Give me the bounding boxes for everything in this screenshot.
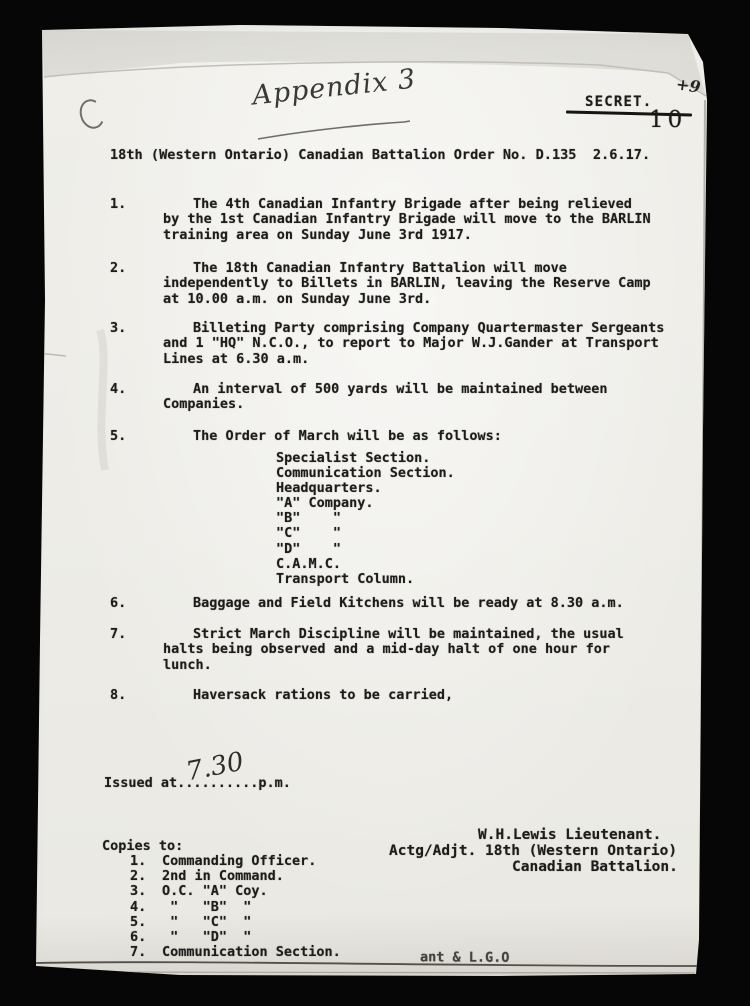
paragraph-text: An interval of 500 yards will be maintai… <box>163 382 671 413</box>
copies-item-number: 6. <box>130 930 162 945</box>
order-paragraph: 1. The 4th Canadian Infantry Brigade aft… <box>110 197 671 243</box>
copies-item-number: 5. <box>130 915 162 930</box>
march-item: "B" " <box>276 511 455 526</box>
copies-item: 3. O.C. "A" Coy. <box>130 884 341 899</box>
copies-item-number: 3. <box>130 884 162 899</box>
copies-item-number: 7. <box>130 945 162 960</box>
copies-item-text: " "B" " <box>162 900 251 915</box>
copies-item-text: " "D" " <box>162 930 251 945</box>
march-item: Communication Section. <box>276 466 455 481</box>
copies-item-text: 2nd in Command. <box>162 869 284 884</box>
copies-item: 2. 2nd in Command. <box>130 869 341 884</box>
paragraph-text: The 4th Canadian Infantry Brigade after … <box>163 197 671 243</box>
document-page: Appendix 3 +9 SECRET. 10 18th (Western O… <box>0 0 750 1006</box>
copies-item: 5. " "C" " <box>130 915 341 930</box>
march-item: Headquarters. <box>276 481 455 496</box>
signature-rank-unit: Actg/Adjt. 18th (Western Ontario) <box>389 844 677 859</box>
copies-item-number: 1. <box>130 854 162 869</box>
paragraph-number: 5. <box>110 429 163 444</box>
order-title: 18th (Western Ontario) Canadian Battalio… <box>110 148 650 163</box>
order-paragraph: 3. Billeting Party comprising Company Qu… <box>110 321 671 367</box>
copies-item: 6. " "D" " <box>130 930 341 945</box>
paragraph-number: 7. <box>110 627 163 673</box>
handwritten-appendix-note: Appendix 3 <box>251 63 418 111</box>
copies-item-text: O.C. "A" Coy. <box>162 884 268 899</box>
paragraph-number: 1. <box>110 197 163 243</box>
paragraph-number: 6. <box>110 596 163 611</box>
march-item: "A" Company. <box>276 496 455 511</box>
paragraph-number: 4. <box>110 382 163 413</box>
order-of-march-list: Specialist Section. Communication Sectio… <box>276 451 455 587</box>
copies-item-text: " "C" " <box>162 915 251 930</box>
order-paragraph: 2. The 18th Canadian Infantry Battalion … <box>110 261 671 307</box>
handwritten-corner-number: +9 <box>675 74 702 96</box>
copies-item-text: Commanding Officer. <box>162 854 316 869</box>
march-item: Transport Column. <box>276 572 455 587</box>
classification-label: SECRET. <box>585 95 652 110</box>
copies-item: 1. Commanding Officer. <box>130 854 341 869</box>
order-paragraph: 6. Baggage and Field Kitchens will be re… <box>110 596 671 611</box>
page-number-stamp: 10 <box>649 107 686 133</box>
march-item: C.A.M.C. <box>276 557 455 572</box>
paragraph-text: The 18th Canadian Infantry Battalion wil… <box>163 261 671 307</box>
paragraph-text: Billeting Party comprising Company Quart… <box>163 321 671 367</box>
paragraph-text: The Order of March will be as follows: <box>163 429 671 444</box>
paragraph-number: 2. <box>110 261 163 307</box>
signature-battalion: Canadian Battalion. <box>512 860 678 875</box>
copies-item-number: 2. <box>130 869 162 884</box>
paragraph-text: Baggage and Field Kitchens will be ready… <box>163 596 671 611</box>
copies-item-number: 4. <box>130 900 162 915</box>
paragraph-number: 8. <box>110 688 163 703</box>
paragraph-text: Strict March Discipline will be maintain… <box>163 627 671 673</box>
copies-item-text: Communication Section. <box>162 945 341 960</box>
signature-name: W.H.Lewis Lieutenant. <box>478 828 661 843</box>
order-paragraph: 5. The Order of March will be as follows… <box>110 429 671 444</box>
march-item: "D" " <box>276 542 455 557</box>
paragraph-text: Haversack rations to be carried, <box>163 688 671 703</box>
march-item: "C" " <box>276 526 455 541</box>
order-paragraph: 8. Haversack rations to be carried, <box>110 688 671 703</box>
march-item: Specialist Section. <box>276 451 455 466</box>
copies-distribution-list: 1. Commanding Officer. 2. 2nd in Command… <box>130 854 341 960</box>
scanned-document-photo: Appendix 3 +9 SECRET. 10 18th (Western O… <box>0 0 750 1006</box>
copies-item: 4. " "B" " <box>130 900 341 915</box>
pencil-circle-mark <box>76 96 108 132</box>
order-paragraph: 7. Strict March Discipline will be maint… <box>110 627 671 673</box>
order-paragraph: 4. An interval of 500 yards will be main… <box>110 382 671 413</box>
copies-item: 7. Communication Section. <box>130 945 341 960</box>
cut-off-text-fragment: ant & L.G.O <box>420 950 640 967</box>
paragraph-number: 3. <box>110 321 163 367</box>
